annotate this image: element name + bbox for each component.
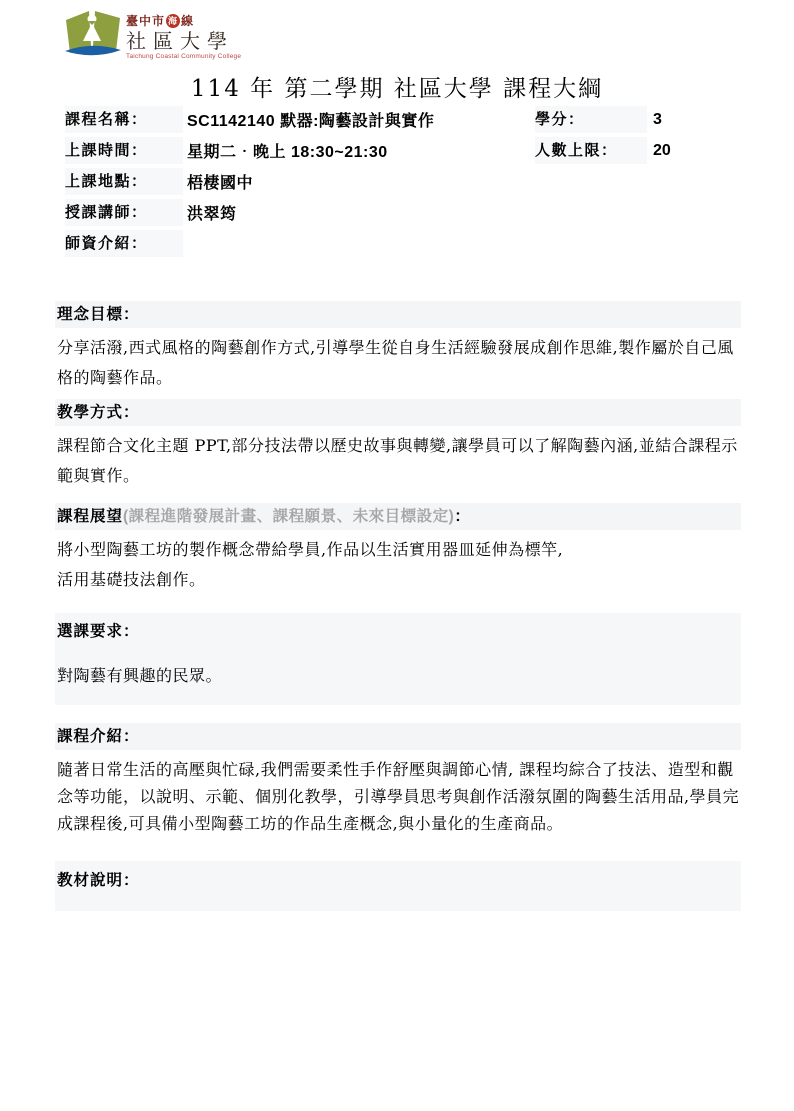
info-row-instructor: 授課講師： 洪翠筠 bbox=[65, 197, 741, 228]
section-course-outlook-title: 課程展望 bbox=[57, 508, 123, 525]
logo-text-block: 臺中市 海 線 社區大學 Taichung Coastal Community … bbox=[126, 12, 252, 60]
location-value: 梧棲國中 bbox=[187, 170, 253, 193]
section-goals: 理念目標： 分享活潑,西式風格的陶藝創作方式,引導學生從自身生活經驗發展成創作思… bbox=[55, 301, 741, 393]
section-goals-body: 分享活潑,西式風格的陶藝創作方式,引導學生從自身生活經驗發展成創作思維,製作屬於… bbox=[57, 333, 741, 393]
section-materials-heading: 教材說明： bbox=[55, 867, 741, 894]
section-teaching-method-colon: ： bbox=[123, 404, 140, 421]
course-info-table: 課程名稱： SC1142140 默器:陶藝設計與實作 學分： 3 上課時間： 星… bbox=[65, 104, 741, 259]
section-enrollment-requirements-colon: ： bbox=[123, 623, 140, 640]
school-logo: 臺中市 海 線 社區大學 Taichung Coastal Community … bbox=[62, 6, 252, 64]
section-enrollment-requirements-heading: 選課要求： bbox=[55, 618, 741, 645]
instructor-value: 洪翠筠 bbox=[187, 201, 237, 224]
info-row-instructor-bio: 師資介紹： bbox=[65, 228, 741, 259]
syllabus-sections: 理念目標： 分享活潑,西式風格的陶藝創作方式,引導學生從自身生活經驗發展成創作思… bbox=[55, 301, 741, 911]
section-teaching-method-title: 教學方式 bbox=[57, 404, 123, 421]
section-course-introduction-colon: ： bbox=[123, 728, 140, 745]
section-teaching-method: 教學方式： 課程節合文化主題 PPT,部分技法帶以歷史故事與轉變,讓學員可以了解… bbox=[55, 399, 741, 491]
section-goals-title: 理念目標 bbox=[57, 306, 123, 323]
section-course-introduction-heading: 課程介紹： bbox=[55, 723, 741, 750]
logo-region-line: 臺中市 海 線 bbox=[126, 12, 252, 29]
max-students-label: 人數上限： bbox=[535, 137, 647, 164]
section-course-outlook-line1: 將小型陶藝工坊的製作概念帶給學員,作品以生活實用器皿延伸為標竿, bbox=[57, 535, 741, 565]
logo-seal-icon: 海 bbox=[166, 14, 180, 28]
credits-label: 學分： bbox=[535, 106, 647, 133]
section-course-outlook-note: (課程進階發展計畫、課程願景、未來目標設定) bbox=[123, 508, 454, 525]
section-course-outlook-heading: 課程展望(課程進階發展計畫、課程願景、未來目標設定)： bbox=[55, 503, 741, 530]
page-title: 114 年 第二學期 社區大學 課程大綱 bbox=[0, 70, 794, 103]
course-name-value: SC1142140 默器:陶藝設計與實作 bbox=[187, 108, 434, 131]
logo-english-name: Taichung Coastal Community College bbox=[126, 53, 252, 60]
section-course-outlook-colon: ： bbox=[454, 508, 471, 525]
section-materials: 教材說明： bbox=[55, 861, 741, 911]
course-syllabus-page: 臺中市 海 線 社區大學 Taichung Coastal Community … bbox=[0, 0, 794, 1111]
section-course-outlook-body: 將小型陶藝工坊的製作概念帶給學員,作品以生活實用器皿延伸為標竿, 活用基礎技法創… bbox=[57, 535, 741, 595]
section-enrollment-requirements: 選課要求： 對陶藝有興趣的民眾。 bbox=[55, 613, 741, 705]
section-teaching-method-body: 課程節合文化主題 PPT,部分技法帶以歷史故事與轉變,讓學員可以了解陶藝內涵,並… bbox=[57, 431, 741, 491]
class-time-label: 上課時間： bbox=[65, 137, 183, 164]
section-goals-colon: ： bbox=[123, 306, 140, 323]
section-course-introduction: 課程介紹： 隨著日常生活的高壓與忙碌,我們需要柔性手作舒壓與調節心情, 課程均綜… bbox=[55, 723, 741, 837]
max-students-value: 20 bbox=[653, 142, 671, 160]
info-row-location: 上課地點： 梧棲國中 bbox=[65, 166, 741, 197]
section-materials-colon: ： bbox=[123, 872, 140, 889]
section-course-introduction-body: 隨著日常生活的高壓與忙碌,我們需要柔性手作舒壓與調節心情, 課程均綜合了技法、造… bbox=[57, 756, 741, 837]
section-enrollment-requirements-title: 選課要求 bbox=[57, 623, 123, 640]
section-course-introduction-title: 課程介紹 bbox=[57, 728, 123, 745]
credits-value: 3 bbox=[653, 111, 662, 129]
section-course-outlook: 課程展望(課程進階發展計畫、課程願景、未來目標設定)： 將小型陶藝工坊的製作概念… bbox=[55, 503, 741, 595]
info-row-class-time: 上課時間： 星期二‧晚上 18:30~21:30 人數上限： 20 bbox=[65, 135, 741, 166]
instructor-label: 授課講師： bbox=[65, 199, 183, 226]
logo-region-prefix: 臺中市 bbox=[126, 12, 165, 29]
section-teaching-method-heading: 教學方式： bbox=[55, 399, 741, 426]
section-course-outlook-line2: 活用基礎技法創作。 bbox=[57, 565, 741, 595]
logo-region-suffix: 線 bbox=[181, 12, 194, 29]
course-name-label: 課程名稱： bbox=[65, 106, 183, 133]
section-enrollment-requirements-body: 對陶藝有興趣的民眾。 bbox=[57, 661, 741, 691]
class-time-value: 星期二‧晚上 18:30~21:30 bbox=[187, 139, 388, 162]
logo-school-name: 社區大學 bbox=[126, 29, 252, 53]
instructor-bio-label: 師資介紹： bbox=[65, 230, 183, 257]
location-label: 上課地點： bbox=[65, 168, 183, 195]
open-book-wave-icon bbox=[62, 8, 124, 62]
section-goals-heading: 理念目標： bbox=[55, 301, 741, 328]
info-row-course-name: 課程名稱： SC1142140 默器:陶藝設計與實作 學分： 3 bbox=[65, 104, 741, 135]
section-materials-title: 教材說明 bbox=[57, 872, 123, 889]
